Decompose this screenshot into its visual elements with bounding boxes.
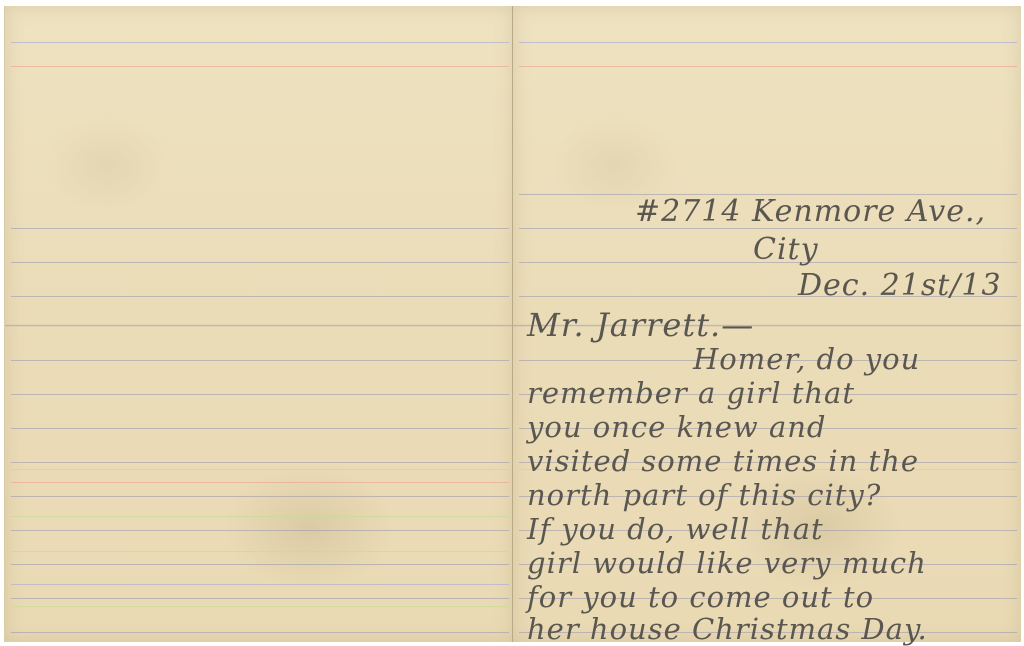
letter-date: Dec. 21st/13 — [798, 268, 1002, 303]
letter-body-line: visited some times in the — [527, 444, 919, 478]
letter-body-line: If you do, well that — [527, 512, 824, 546]
letter-salutation: Mr. Jarrett.— — [527, 306, 754, 344]
letter-body-line: Homer, do you — [693, 342, 920, 376]
letter-body-line: her house Christmas Day. — [527, 612, 928, 646]
letter-body-line: north part of this city? — [527, 478, 881, 512]
letter-body-line: you once knew and — [527, 410, 826, 444]
letter-body-line: girl would like very much — [527, 546, 927, 580]
letter-body-line: remember a girl that — [527, 376, 855, 410]
fold-crease — [5, 324, 513, 327]
letter-sheet: #2714 Kenmore Ave., City Dec. 21st/13 Mr… — [4, 6, 1020, 642]
letter-body-line: for you to come out to — [527, 580, 874, 614]
letter-address: #2714 Kenmore Ave., — [635, 194, 986, 229]
right-page: #2714 Kenmore Ave., City Dec. 21st/13 Mr… — [512, 6, 1021, 642]
letter-city: City — [753, 232, 819, 267]
left-page — [4, 6, 513, 642]
